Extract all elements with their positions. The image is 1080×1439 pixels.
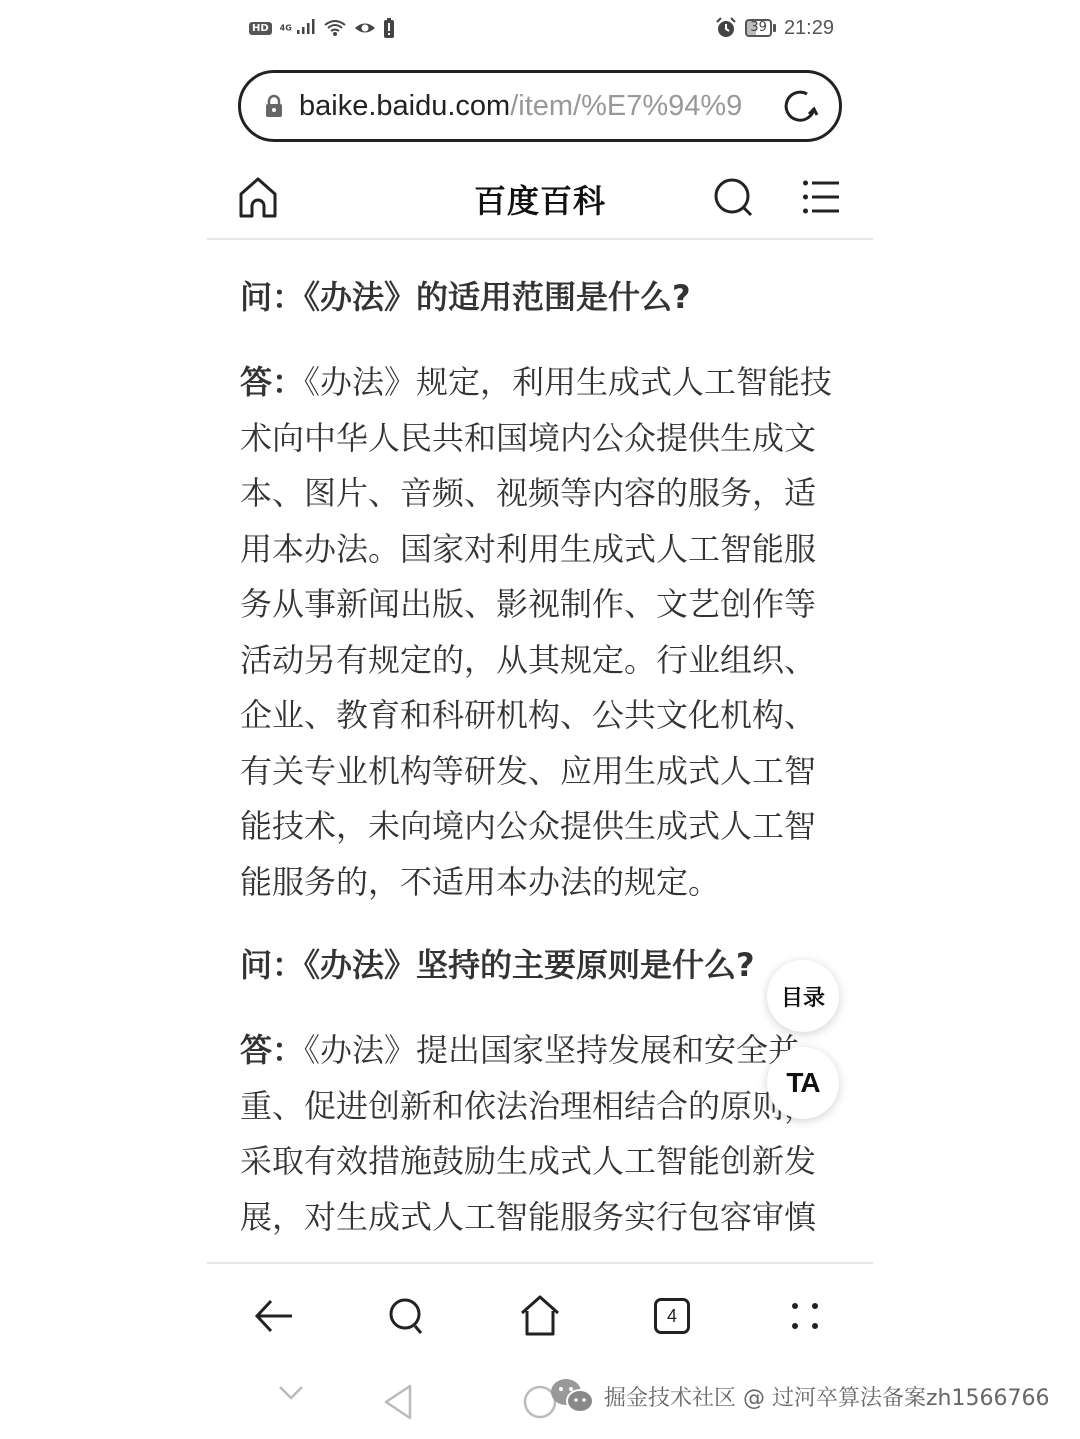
more-menu-button[interactable] xyxy=(783,1294,827,1338)
tabs-button[interactable]: 4 xyxy=(650,1294,694,1338)
battery-alert-icon xyxy=(384,18,394,38)
back-button[interactable] xyxy=(252,1294,296,1338)
status-left: HD 4G xyxy=(249,18,394,38)
home-icon xyxy=(519,1295,561,1337)
browser-toolbar: 4 xyxy=(207,1262,873,1362)
watermark-text: 掘金技术社区 @ 过河卒算法备案zh1566766 xyxy=(604,1381,1049,1412)
search-icon xyxy=(387,1296,427,1336)
site-title: 百度百科 xyxy=(207,176,873,222)
answer-paragraph-1: 答：《办法》规定，利用生成式人工智能技术向中华人民共和国境内公众提供生成文本、图… xyxy=(240,355,840,910)
status-bar: HD 4G 39 21:29 xyxy=(249,14,834,42)
eye-comfort-icon xyxy=(354,19,376,37)
wifi-icon xyxy=(324,19,346,37)
wechat-icon xyxy=(548,1376,596,1416)
list-menu-icon[interactable] xyxy=(803,180,839,214)
tabs-count: 4 xyxy=(654,1298,690,1334)
answer-paragraph-2: 答：《办法》提出国家坚持发展和安全并重、促进创新和依法治理相结合的原则，采取有效… xyxy=(240,1023,840,1245)
font-size-button[interactable]: TA xyxy=(767,1047,839,1119)
search-icon[interactable] xyxy=(713,177,755,219)
url-host: baike.baidu.com xyxy=(299,90,510,122)
url-path: /item/%E7%94%9 xyxy=(510,90,742,122)
toolbar-home-button[interactable] xyxy=(518,1294,562,1338)
address-bar[interactable]: baike.baidu.com/item/%E7%94%9 xyxy=(238,70,842,142)
battery-level: 39 xyxy=(745,19,772,37)
question-heading-2: 问：《办法》坚持的主要原则是什么? xyxy=(240,938,840,993)
hd-icon: HD xyxy=(249,22,272,35)
lock-icon[interactable] xyxy=(265,94,283,118)
system-navigation-bar: 掘金技术社区 @ 过河卒算法备案zh1566766 xyxy=(0,1370,1080,1439)
refresh-icon[interactable] xyxy=(781,86,821,126)
url-field[interactable]: baike.baidu.com/item/%E7%94%9 xyxy=(299,90,769,123)
more-dots-icon xyxy=(790,1301,820,1331)
battery-indicator: 39 xyxy=(745,19,776,37)
triangle-back-icon[interactable] xyxy=(383,1384,413,1420)
clock: 21:29 xyxy=(784,17,834,40)
chevron-down-icon[interactable] xyxy=(278,1384,304,1402)
question-heading-1: 问：《办法》的适用范围是什么? xyxy=(240,270,840,325)
back-arrow-icon xyxy=(254,1298,294,1334)
article-content: 问：《办法》的适用范围是什么? 答：《办法》规定，利用生成式人工智能技术向中华人… xyxy=(240,270,840,1273)
site-header: 百度百科 xyxy=(207,160,873,240)
battery-tip xyxy=(773,24,776,32)
toolbar-search-button[interactable] xyxy=(385,1294,429,1338)
signal-icon: 4G xyxy=(280,19,316,38)
watermark: 掘金技术社区 @ 过河卒算法备案zh1566766 xyxy=(548,1376,1049,1416)
alarm-icon xyxy=(715,17,737,39)
table-of-contents-button[interactable]: 目录 xyxy=(767,960,839,1032)
phone-screen: HD 4G 39 21:29 baike.baidu.com/item/%E7%… xyxy=(207,0,873,1439)
status-right: 39 21:29 xyxy=(715,17,834,40)
